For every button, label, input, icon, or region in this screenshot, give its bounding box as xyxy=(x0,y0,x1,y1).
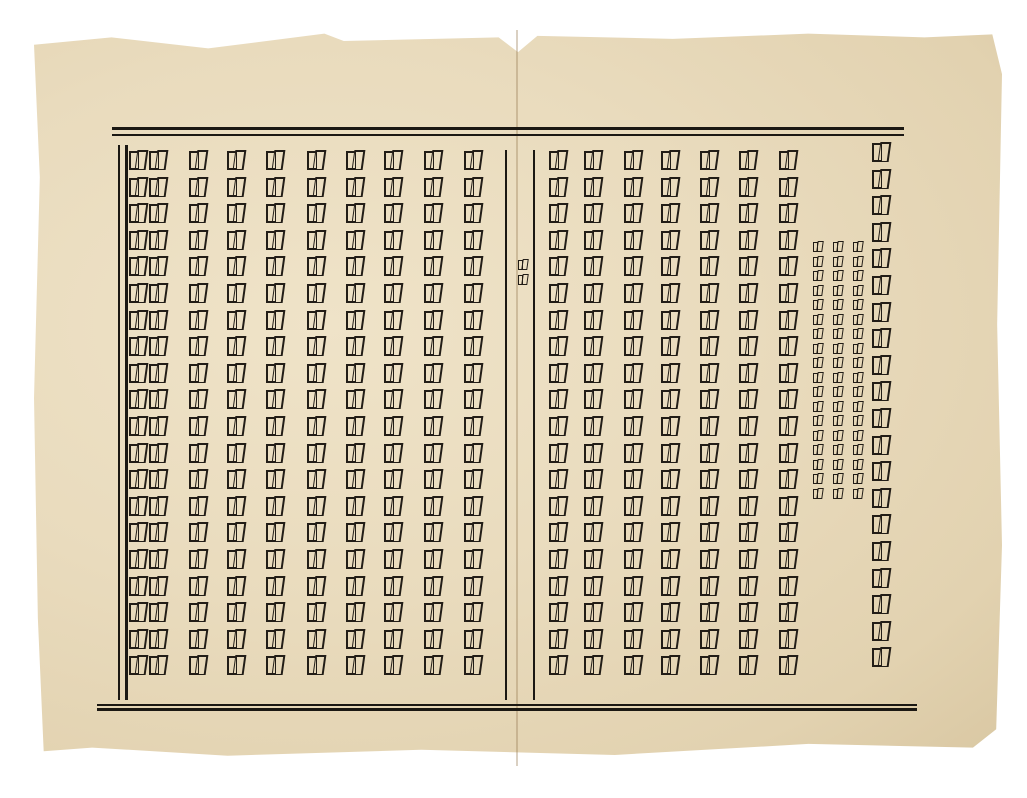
body-column xyxy=(545,148,571,676)
body-column xyxy=(223,148,249,676)
body-column xyxy=(735,148,761,676)
bottom-border-inner xyxy=(97,704,917,706)
annotation-column xyxy=(805,240,831,499)
body-column xyxy=(262,148,288,676)
body-column xyxy=(420,148,446,676)
left-border-thin xyxy=(118,145,120,700)
bottom-border-outer xyxy=(97,708,917,711)
body-column xyxy=(342,148,368,676)
center-fold xyxy=(516,30,518,766)
body-column xyxy=(125,148,151,676)
body-column xyxy=(380,148,406,676)
body-column xyxy=(303,148,329,676)
top-border-outer xyxy=(112,127,904,130)
body-column xyxy=(185,148,211,676)
body-column xyxy=(580,148,606,676)
center-margin-column xyxy=(510,258,536,285)
body-column xyxy=(620,148,646,676)
center-rule-left xyxy=(505,150,507,700)
center-rule-right xyxy=(533,150,535,700)
body-column xyxy=(657,148,683,676)
body-column xyxy=(696,148,722,676)
body-column xyxy=(775,148,801,676)
title-column xyxy=(868,140,894,668)
top-border-inner xyxy=(112,134,904,136)
body-column xyxy=(460,148,486,676)
